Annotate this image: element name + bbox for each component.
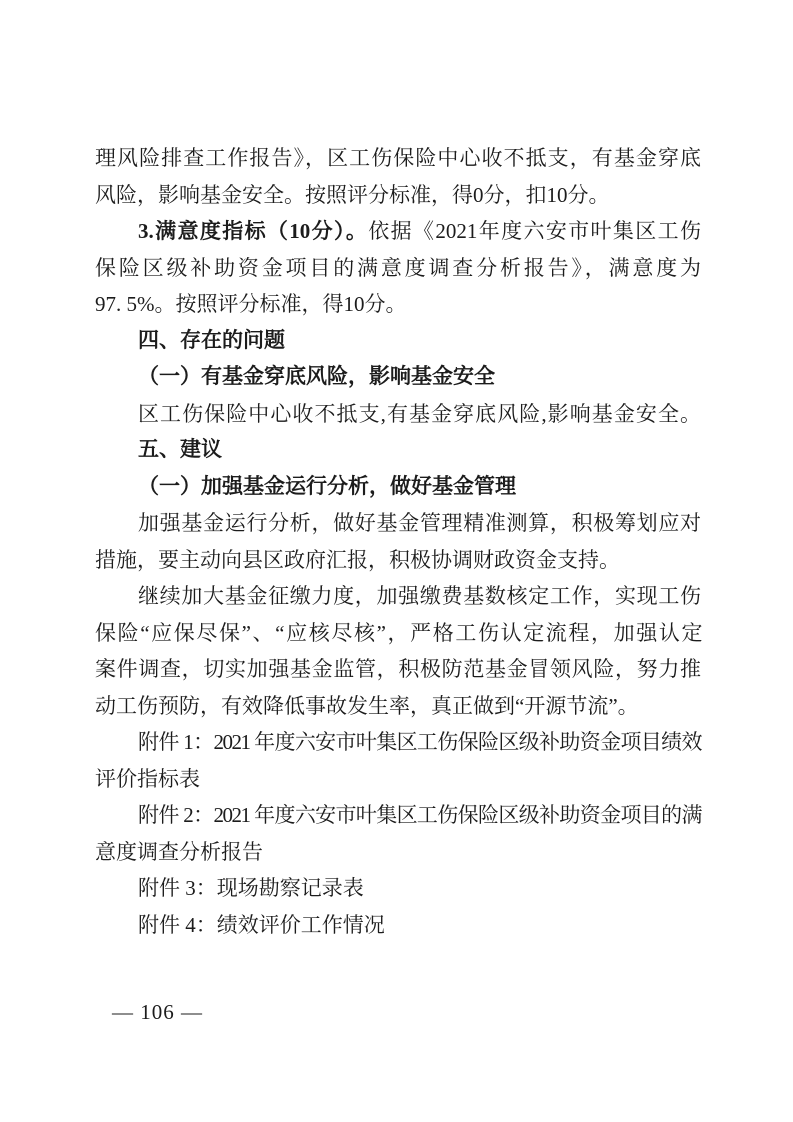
section-heading: 五、建议 [95,432,701,469]
attachment-line: 附件 4：绩效评价工作情况 [95,907,701,944]
body-line: 理风险排查工作报告》，区工伤保险中心收不抵支，有基金穿底 [95,140,701,177]
page-number: — 106 — [112,998,203,1026]
body-line: 加强基金运行分析，做好基金管理精准测算，积极筹划应对 [95,505,701,542]
attachment-line: 附件 1：2021 年度六安市叶集区工伤保险区级补助资金项目绩效 [95,724,701,761]
document-page: 理风险排查工作报告》，区工伤保险中心收不抵支，有基金穿底 风险，影响基金安全。按… [0,0,793,1122]
body-line: 继续加大基金征缴力度，加强缴费基数核定工作，实现工伤 [95,578,701,615]
document-text-block: 理风险排查工作报告》，区工伤保险中心收不抵支，有基金穿底 风险，影响基金安全。按… [95,140,701,943]
body-line: 3.满意度指标（10分）。依据《2021年度六安市叶集区工伤 [95,213,701,250]
body-line: 案件调查，切实加强基金监管，积极防范基金冒领风险，努力推 [95,651,701,688]
attachment-line: 评价指标表 [95,761,701,798]
bold-run: 3.满意度指标（10分）。 [138,219,368,243]
body-line: 风险，影响基金安全。按照评分标准，得0分，扣10分。 [95,177,701,214]
body-line: 措施，要主动向县区政府汇报，积极协调财政资金支持。 [95,542,701,579]
attachment-line: 附件 2：2021 年度六安市叶集区工伤保险区级补助资金项目的满 [95,797,701,834]
body-line-text: 依据《2021年度六安市叶集区工伤 [368,219,701,243]
attachment-line: 附件 3：现场勘察记录表 [95,870,701,907]
subsection-heading: （一）有基金穿底风险，影响基金安全 [95,359,701,396]
section-heading: 四、存在的问题 [95,323,701,360]
body-line: 97. 5%。按照评分标准，得10分。 [95,286,701,323]
subsection-heading: （一）加强基金运行分析，做好基金管理 [95,469,701,506]
body-line: 动工伤预防，有效降低事故发生率，真正做到“开源节流”。 [95,688,701,725]
body-line: 保险“应保尽保”、“应核尽核”，严格工伤认定流程，加强认定 [95,615,701,652]
attachment-line: 意度调查分析报告 [95,834,701,871]
body-line: 区工伤保险中心收不抵支,有基金穿底风险,影响基金安全。 [95,396,701,433]
body-line: 保险区级补助资金项目的满意度调查分析报告》，满意度为 [95,250,701,287]
